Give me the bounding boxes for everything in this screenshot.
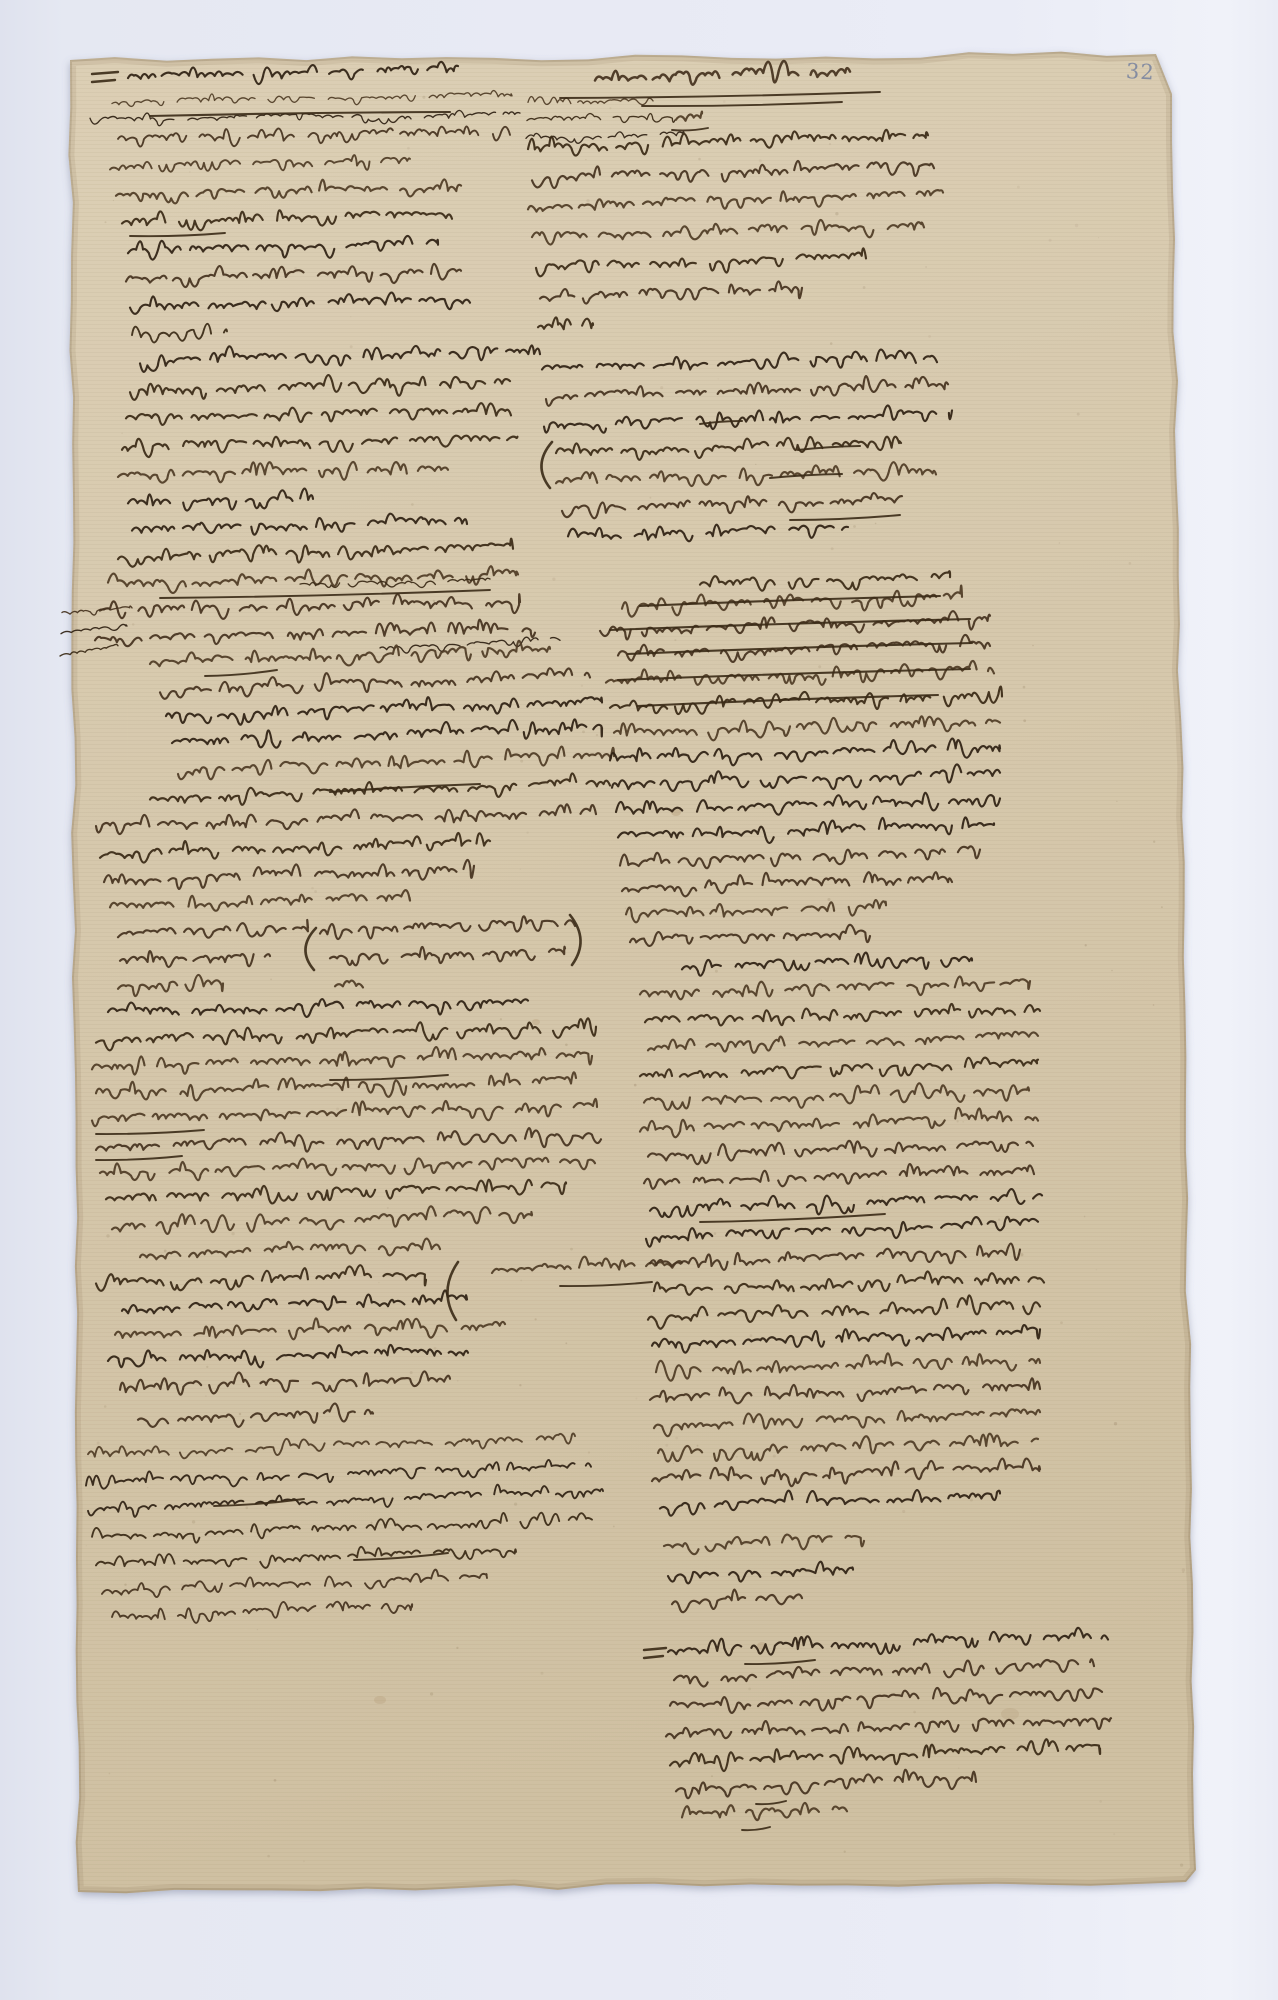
manuscript-canvas <box>0 0 1278 2000</box>
scanned-manuscript: 32 <box>0 0 1278 2000</box>
page-number: 32 <box>1125 59 1166 85</box>
paper-texture <box>60 45 1210 1905</box>
